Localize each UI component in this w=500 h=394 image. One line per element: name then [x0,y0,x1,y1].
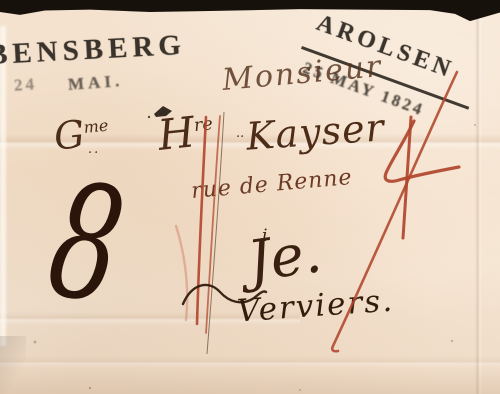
scan-background-edge [0,0,500,24]
given-initial-superscript: me [83,116,109,137]
red-four-loop [385,121,459,181]
handwritten-middle-initial: Hre [156,105,216,160]
middle-initial-letter: H [156,107,198,160]
paper-left-edge [0,26,6,346]
bensberg-postmark-month: MAI. [67,71,123,95]
handwritten-surname: Kayser [245,105,386,159]
paper-speck [451,340,453,342]
vertical-fold-crease [475,8,482,394]
bottom-shadow [0,368,500,394]
ink-rate-marking-eight: 8 [42,175,130,314]
handwritten-street: rue de Renne [190,165,353,204]
handwritten-flourish-word: Je. [244,225,324,291]
horizontal-fold-crease [0,356,500,368]
letter-scan: BENSBERG 24 MAI. AROLSEN 25 MAY 1824 Mon… [0,0,500,394]
faint-red-stroke [176,226,187,320]
paper-speck [34,341,37,344]
middle-initial-superscript: re [193,114,214,136]
pre-name-dots: .. [236,126,244,141]
bensberg-postmark-day: 24 [13,74,37,96]
bensberg-postmark: BENSBERG [0,29,187,72]
ink-speck [148,116,150,118]
